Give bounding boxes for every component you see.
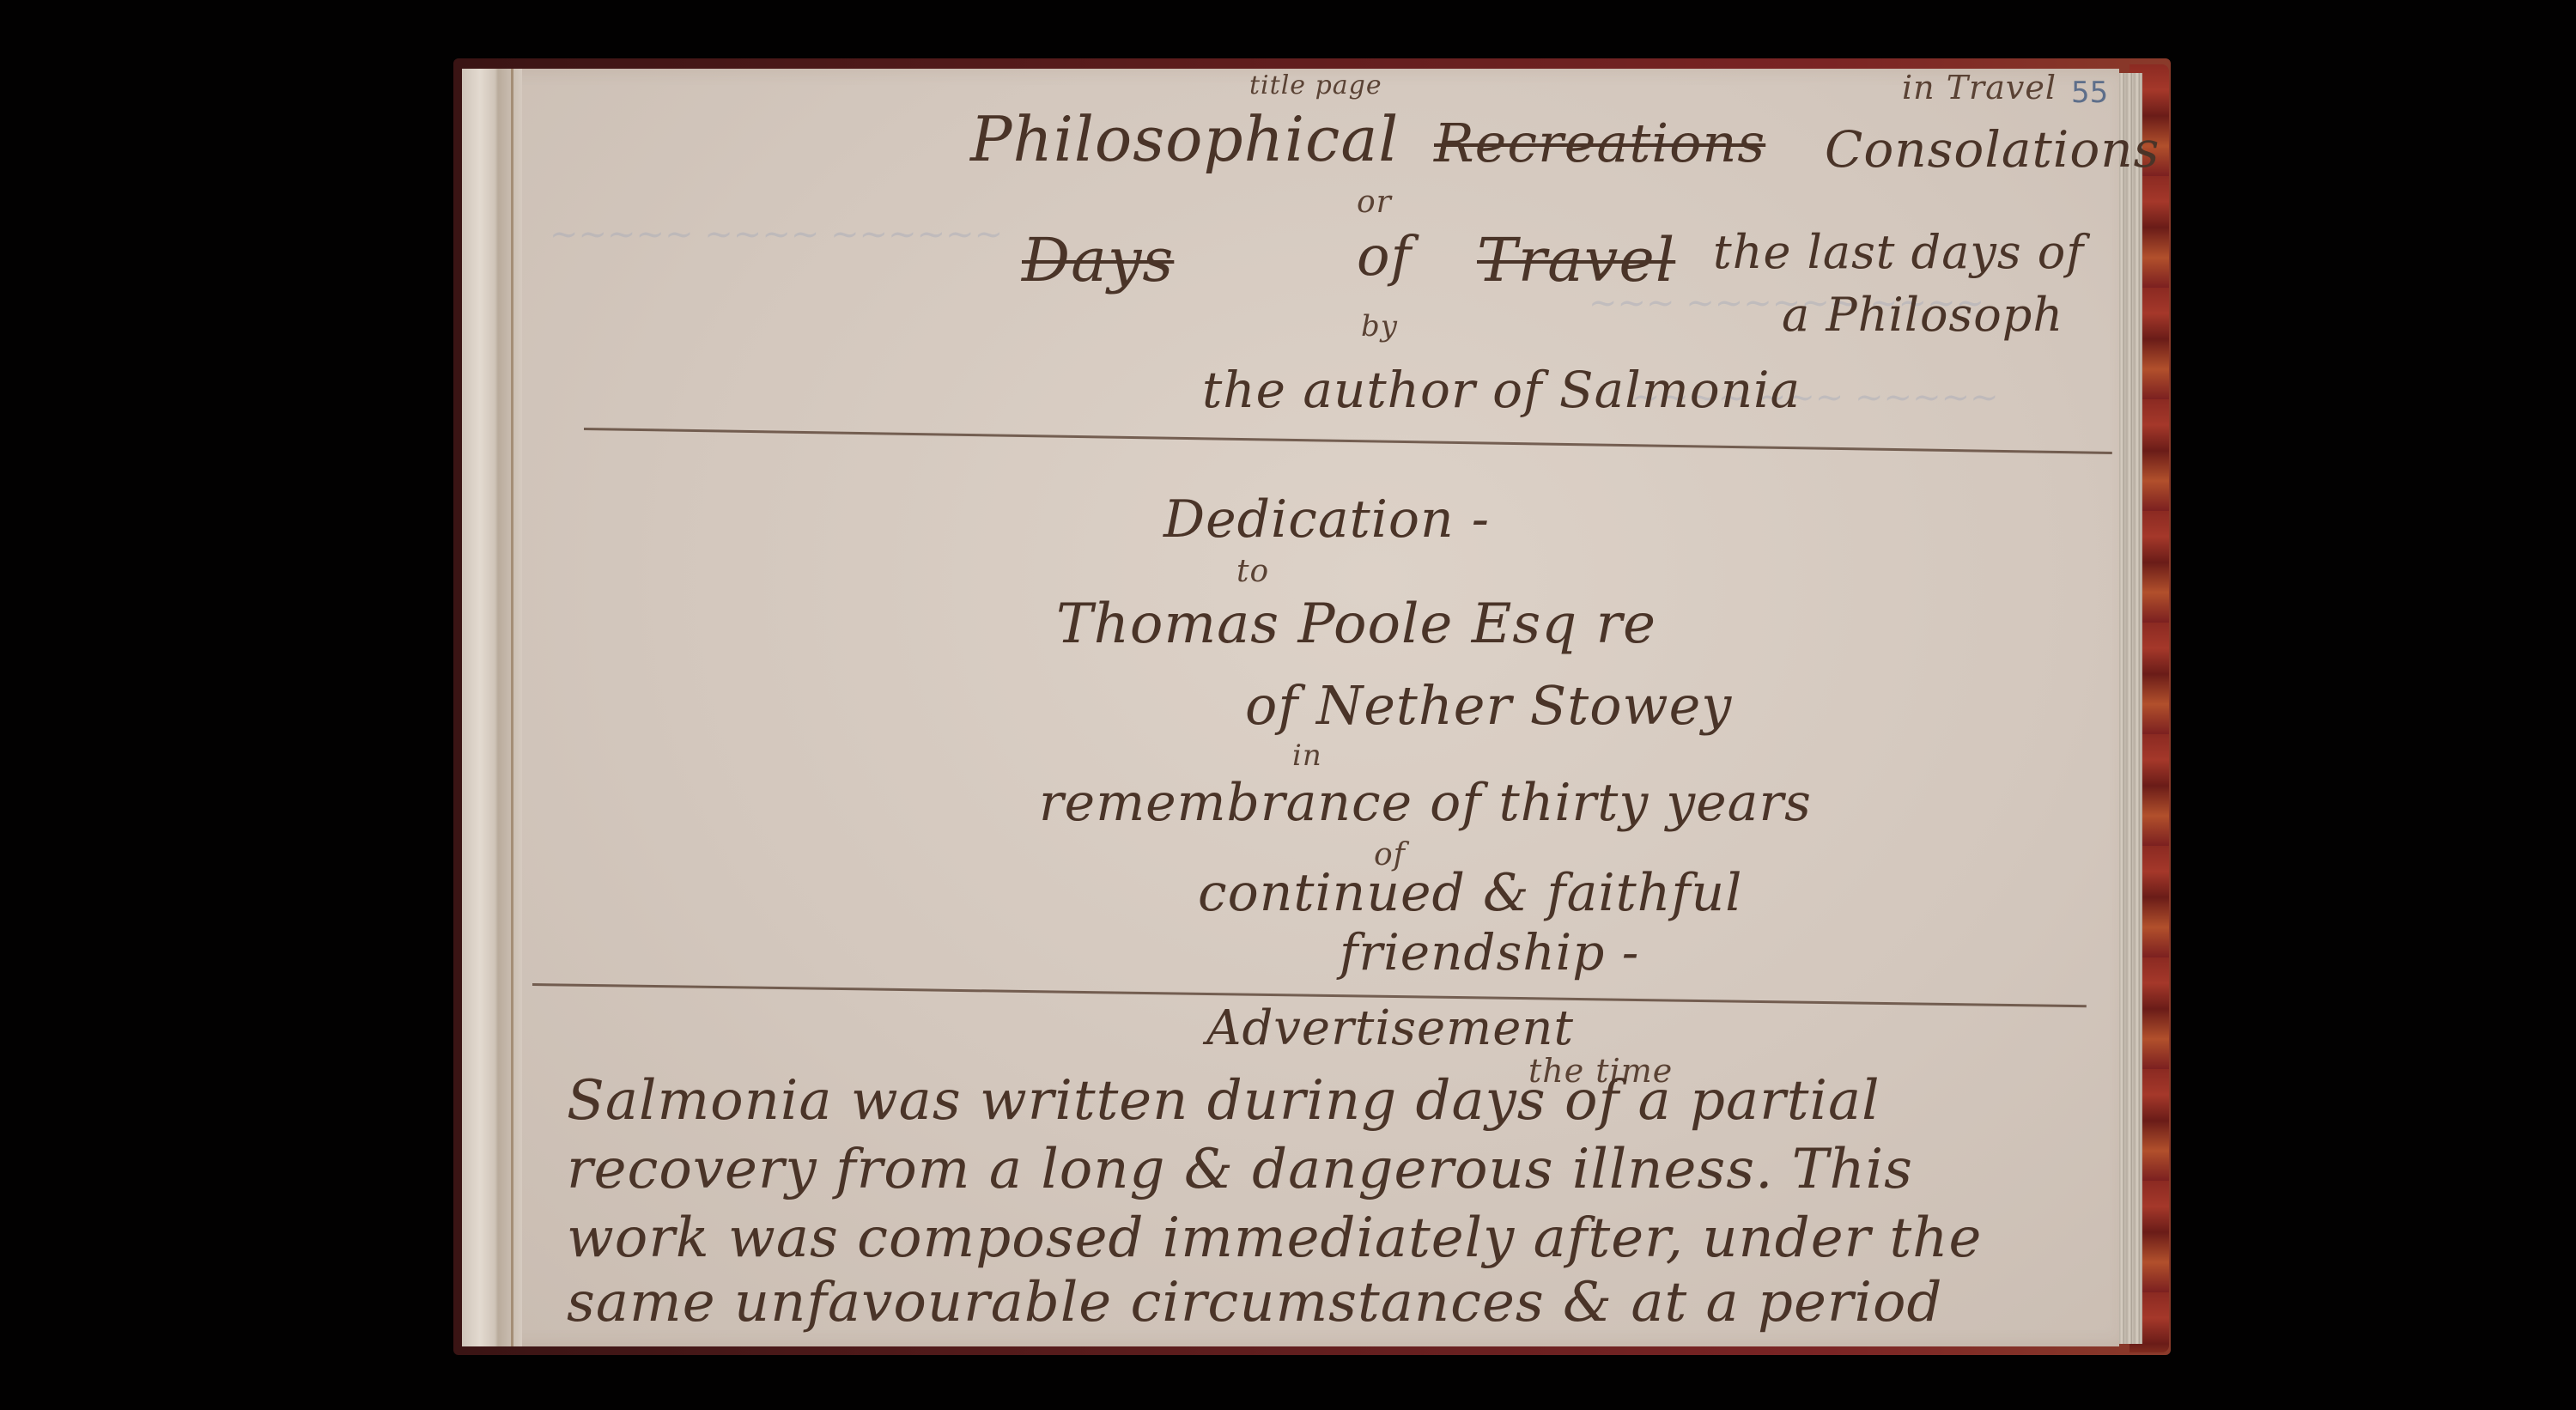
title-word-consolations: Consolations <box>1825 120 2160 179</box>
dedication-in: in <box>1292 738 1322 773</box>
bleed-through-text: ~~~~~ ~~~~ ~~~~~~ <box>550 215 1003 254</box>
dedication-line-friendship: friendship - <box>1340 923 1639 982</box>
title-struck-days: Days <box>1022 225 1174 295</box>
title-word-philosophical: Philosophical <box>970 103 1399 175</box>
insert-by: by <box>1361 309 1398 343</box>
folio-number: 55 <box>2071 76 2108 110</box>
title-struck-travel: Travel <box>1477 225 1675 295</box>
advertisement-heading: Advertisement <box>1206 1000 1574 1056</box>
title-struck-recreations: Recreations <box>1434 112 1765 174</box>
title-a-philosopher: a Philosoph <box>1782 288 2063 342</box>
dedication-heading: Dedication - <box>1163 489 1490 550</box>
title-word-of: of <box>1357 225 1412 289</box>
byline-author-of-salmonia: the author of Salmonia <box>1202 361 1801 419</box>
advertisement-line-1: Salmonia was written during days of a pa… <box>567 1069 1880 1133</box>
advertisement-line-4: same unfavourable circumstances & at a p… <box>567 1271 1942 1334</box>
title-the-last-days-of: the last days of <box>1713 225 2084 279</box>
advertisement-line-2: recovery from a long & dangerous illness… <box>567 1138 1913 1201</box>
insert-in-travel: in Travel <box>1902 69 2057 106</box>
dedication-line-continued: continued & faithful <box>1198 863 1742 923</box>
gutter-fold-line <box>511 69 513 1346</box>
page-edges <box>2117 73 2142 1344</box>
dedication-line-remembrance: remembrance of thirty years <box>1039 773 1812 833</box>
annotation-title-page: title page <box>1249 70 1382 100</box>
advertisement-line-3: work was composed immediately after, und… <box>567 1206 1982 1270</box>
title-connector-or: or <box>1357 185 1392 220</box>
dedication-place: of Nether Stowey <box>1245 674 1732 737</box>
dedication-to: to <box>1236 554 1269 589</box>
dedication-name: Thomas Poole Esq re <box>1056 593 1656 656</box>
